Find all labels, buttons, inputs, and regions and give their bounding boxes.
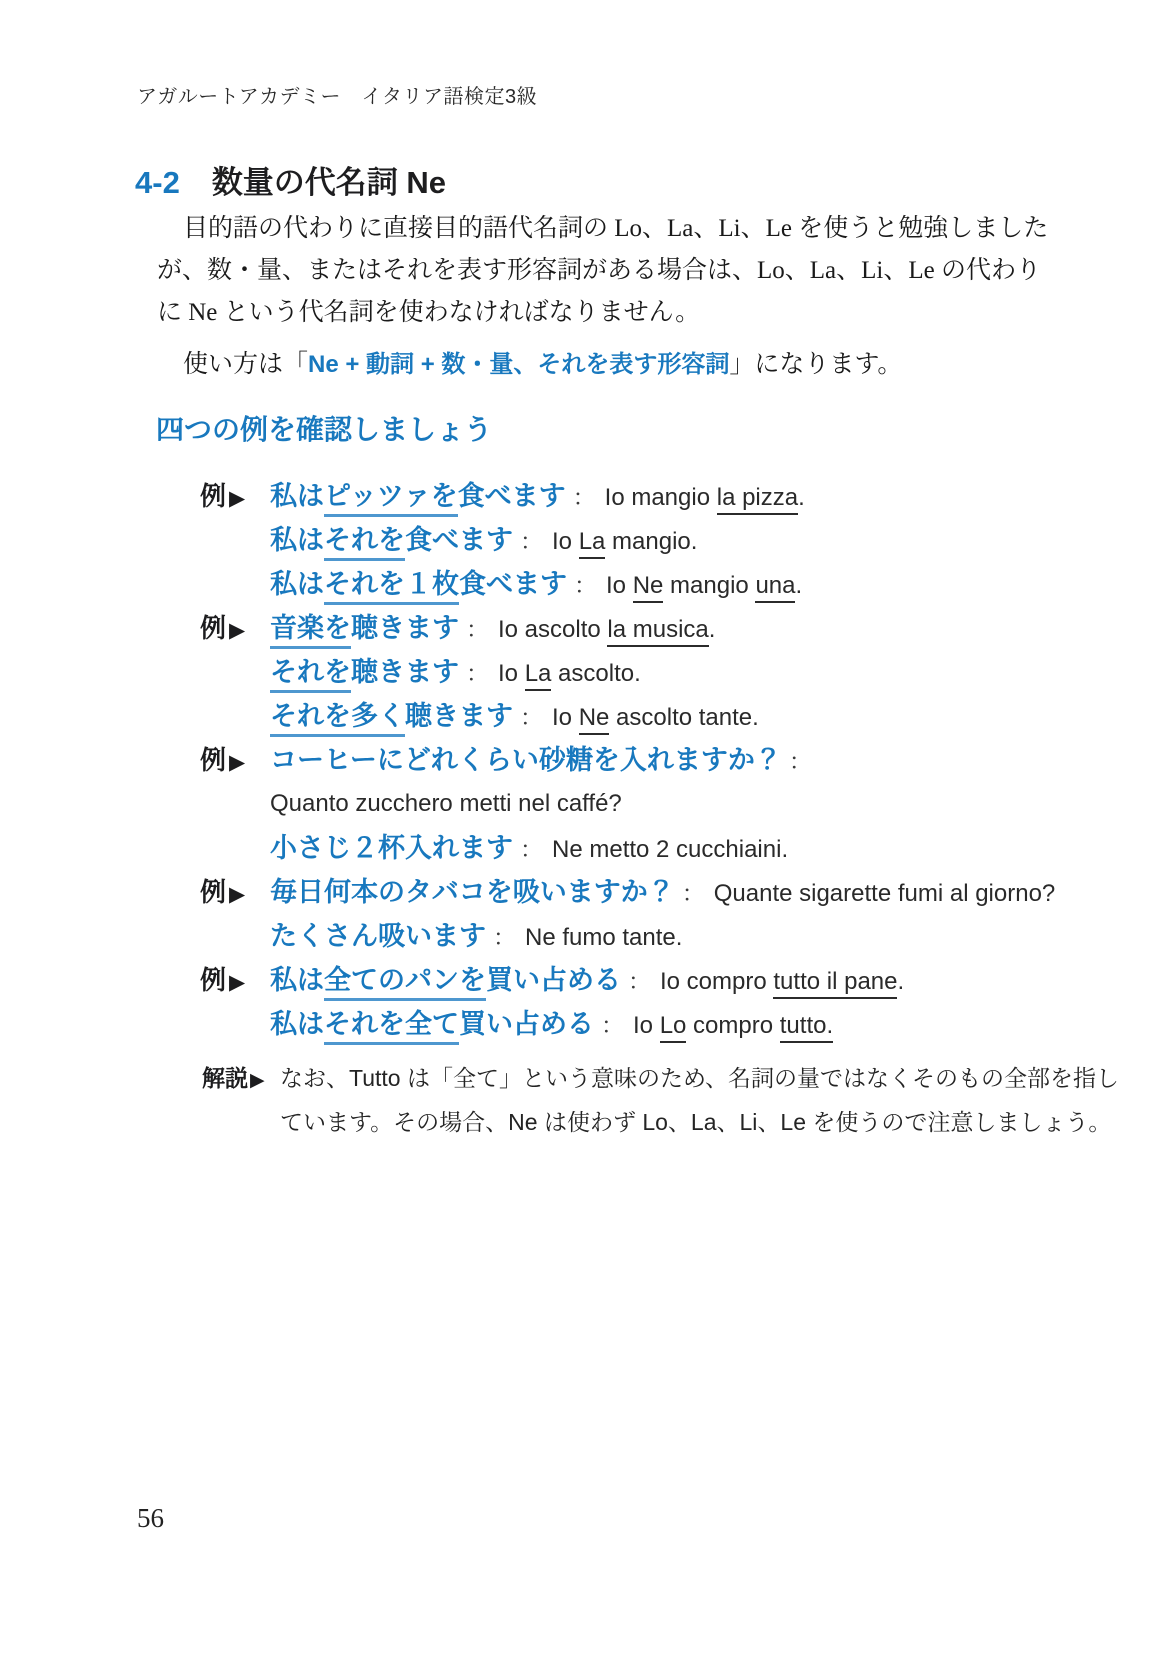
example-marker: 例▶ (200, 606, 270, 653)
examples-list: 例▶私はピッツァを食べます：Io mangio la pizza.私はそれを食べ… (200, 474, 1055, 1046)
example-italian-underlined: Lo (660, 1012, 687, 1043)
example-japanese-underlined: それを (324, 525, 405, 561)
example-japanese-underlined: それを多く (270, 701, 405, 737)
example-japanese: コーヒーにどれくらい砂糖を入れますか？ (270, 738, 782, 782)
example-japanese-underlined: ピッツァを (324, 481, 458, 517)
example-italian: Quante sigarette fumi al giorno? (714, 872, 1056, 916)
triangle-icon: ▶ (229, 971, 245, 994)
example-japanese: それを多く聴きます (270, 694, 513, 738)
example-japanese-underlined: それを (270, 657, 351, 693)
example-row: 例▶音楽を聴きます：Io ascolto la musica. (200, 606, 1055, 650)
example-japanese: 私はそれを全て買い占める (270, 1002, 594, 1046)
section-number: 4-2 (135, 165, 180, 200)
triangle-icon: ▶ (250, 1070, 265, 1091)
example-italian: Quanto zucchero metti nel caffé? (270, 782, 622, 826)
example-colon: ： (520, 827, 543, 871)
example-japanese: たくさん吸います (270, 914, 486, 958)
note-line: なお、Tutto は「全て」という意味のため、名詞の量ではなくそのもの全部を指し (280, 1056, 1119, 1100)
example-italian: Io mangio la pizza. (605, 476, 805, 520)
example-row: それを多く聴きます：Io Ne ascolto tante. (200, 694, 1055, 738)
example-row: 例▶私はピッツァを食べます：Io mangio la pizza. (200, 474, 1055, 518)
note-marker: 解説▶ (202, 1056, 280, 1103)
examples-heading: 四つの例を確認しましょう (156, 408, 492, 448)
example-italian-underlined: la pizza (717, 484, 798, 515)
running-header: アガルートアカデミー イタリア語検定3級 (137, 80, 537, 109)
section-title: 数量の代名詞 Ne (212, 165, 446, 200)
example-japanese: 小さじ２杯入れます (270, 826, 513, 870)
example-row: 私はそれを１枚食べます：Io Ne mangio una. (200, 562, 1055, 606)
example-italian: Io ascolto la musica. (498, 608, 715, 652)
intro-paragraph: 目的語の代わりに直接目的語代名詞の Lo、La、Li、Le を使うと勉強しました… (157, 208, 1017, 334)
example-italian: Io Lo compro tutto. (633, 1004, 833, 1048)
example-japanese: 私はそれを１枚食べます (270, 562, 567, 606)
example-colon: ： (628, 959, 651, 1003)
example-colon: ： (601, 1003, 624, 1047)
example-marker: 例▶ (200, 738, 270, 785)
example-italian: Io Ne ascolto tante. (552, 696, 759, 740)
example-row: 私はそれを全て買い占める：Io Lo compro tutto. (200, 1002, 1055, 1046)
example-marker-label: 例 (200, 965, 226, 995)
section-heading: 4-2数量の代名詞 Ne (135, 157, 446, 202)
example-japanese-underlined: 全てのパンを (324, 965, 486, 1001)
example-row: それを聴きます：Io La ascolto. (200, 650, 1055, 694)
usage-line: 使い方は「Ne + 動詞 + 数・量、それを表す形容詞」になります。 (157, 344, 902, 386)
example-italian-underlined: La (579, 528, 606, 559)
usage-prefix: 使い方は「 (183, 351, 308, 378)
example-italian: Io Ne mangio una. (606, 564, 802, 608)
example-colon: ： (789, 739, 812, 783)
example-italian: Io La ascolto. (498, 652, 641, 696)
example-marker: 例▶ (200, 870, 270, 917)
example-italian: Io compro tutto il pane. (660, 960, 904, 1004)
usage-suffix: 」になります。 (729, 351, 902, 378)
example-row: 小さじ２杯入れます：Ne metto 2 cucchiaini. (200, 826, 1055, 870)
example-colon: ： (682, 871, 705, 915)
example-italian: Io La mangio. (552, 520, 697, 564)
example-row: 例▶コーヒーにどれくらい砂糖を入れますか？： (200, 738, 1055, 782)
note-marker-label: 解説 (202, 1065, 248, 1091)
triangle-icon: ▶ (229, 751, 245, 774)
example-italian-underlined: la musica (607, 616, 708, 647)
example-colon: ： (520, 695, 543, 739)
note-block: 解説▶ なお、Tutto は「全て」という意味のため、名詞の量ではなくそのもの全… (202, 1056, 1119, 1144)
example-marker-label: 例 (200, 481, 226, 511)
example-italian-underlined: tutto il pane (773, 968, 897, 999)
example-row: 例▶私は全てのパンを買い占める：Io compro tutto il pane. (200, 958, 1055, 1002)
note-line: ています。その場合、Ne は使わず Lo、La、Li、Le を使うので注意しまし… (280, 1100, 1119, 1144)
example-marker: 例▶ (200, 474, 270, 521)
example-japanese: 毎日何本のタバコを吸いますか？ (270, 870, 675, 914)
example-japanese: 私は全てのパンを買い占める (270, 958, 621, 1002)
triangle-icon: ▶ (229, 487, 245, 510)
example-row: Quanto zucchero metti nel caffé? (200, 782, 1055, 826)
example-row: 私はそれを食べます：Io La mangio. (200, 518, 1055, 562)
example-japanese-underlined: それを全て (324, 1009, 459, 1045)
example-row: たくさん吸います：Ne fumo tante. (200, 914, 1055, 958)
example-italian-underlined: Ne (633, 572, 664, 603)
example-marker-label: 例 (200, 877, 226, 907)
example-colon: ： (466, 651, 489, 695)
example-row: 例▶毎日何本のタバコを吸いますか？：Quante sigarette fumi … (200, 870, 1055, 914)
example-italian: Ne fumo tante. (525, 916, 682, 960)
example-japanese: 音楽を聴きます (270, 606, 459, 650)
example-colon: ： (573, 475, 596, 519)
example-colon: ： (574, 563, 597, 607)
example-marker-label: 例 (200, 745, 226, 775)
example-japanese-underlined: それを１枚 (324, 569, 459, 605)
example-japanese-underlined: 音楽を (270, 613, 351, 649)
example-colon: ： (520, 519, 543, 563)
example-italian-underlined: Ne (579, 704, 610, 735)
note-text: なお、Tutto は「全て」という意味のため、名詞の量ではなくそのもの全部を指し… (280, 1056, 1119, 1144)
textbook-page: アガルートアカデミー イタリア語検定3級 4-2数量の代名詞 Ne 目的語の代わ… (0, 0, 1166, 1654)
example-marker: 例▶ (200, 958, 270, 1005)
example-colon: ： (466, 607, 489, 651)
triangle-icon: ▶ (229, 883, 245, 906)
intro-line: に Ne という代名詞を使わなければなりません。 (157, 292, 1017, 334)
intro-line: 目的語の代わりに直接目的語代名詞の Lo、La、Li、Le を使うと勉強しました (157, 208, 1017, 250)
triangle-icon: ▶ (229, 619, 245, 642)
example-italian-underlined: tutto. (780, 1012, 833, 1043)
example-japanese: それを聴きます (270, 650, 459, 694)
example-japanese: 私はピッツァを食べます (270, 474, 566, 518)
page-number: 56 (137, 1503, 164, 1534)
example-japanese: 私はそれを食べます (270, 518, 513, 562)
example-colon: ： (493, 915, 516, 959)
intro-line: が、数・量、またはそれを表す形容詞がある場合は、Lo、La、Li、Le の代わり (157, 250, 1017, 292)
usage-formula: Ne + 動詞 + 数・量、それを表す形容詞 (308, 351, 729, 378)
example-marker-label: 例 (200, 613, 226, 643)
example-italian: Ne metto 2 cucchiaini. (552, 828, 788, 872)
example-italian-underlined: La (525, 660, 552, 691)
example-italian-underlined: una (755, 572, 795, 603)
